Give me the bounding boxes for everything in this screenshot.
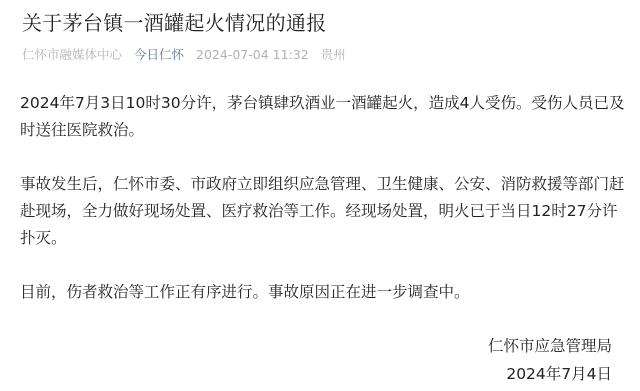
paragraph-1: 2024年7月3日10时30分许，茅台镇肆玖酒业一酒罐起火，造成4人受伤。受伤人… [20,90,625,144]
signature: 仁怀市应急管理局 2024年7月4日 [488,332,612,388]
signature-organization: 仁怀市应急管理局 [488,332,612,360]
signature-date: 2024年7月4日 [488,360,612,388]
publish-location: 贵州 [321,47,346,62]
paragraph-2: 事故发生后，仁怀市委、市政府立即组织应急管理、卫生健康、公安、消防救援等部门赶赴… [20,171,625,252]
author-name: 仁怀市融媒体中心 [22,47,122,62]
article-title: 关于茅台镇一酒罐起火情况的通报 [22,8,327,38]
paragraph-3: 目前，伤者救治等工作正有序进行。事故原因正在进一步调查中。 [20,279,625,306]
account-link[interactable]: 今日仁怀 [134,47,184,62]
publish-datetime: 2024-07-04 11:32 [196,47,309,62]
article-body: 2024年7月3日10时30分许，茅台镇肆玖酒业一酒罐起火，造成4人受伤。受伤人… [20,90,625,333]
article-meta: 仁怀市融媒体中心 今日仁怀 2024-07-04 11:32 贵州 [22,46,354,64]
